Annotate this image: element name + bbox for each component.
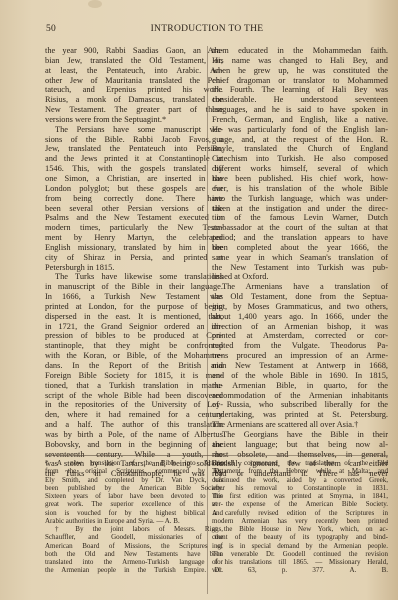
text-line: them educated in the Mohammedan faith. xyxy=(212,46,388,56)
text-line: The Armenians have a translation of xyxy=(212,282,388,292)
text-line: New Testament. The greater part of these xyxy=(45,105,223,115)
text-line: Jew, translated the Pentateuch into Pers… xyxy=(45,144,223,154)
text-line: Risius, a monk of Damascus, translated t… xyxy=(45,95,223,105)
text-line: of Russia, who subscribed liberally for … xyxy=(212,400,388,410)
text-line: chief dragoman or translator to Mohammed xyxy=(212,76,388,86)
text-line: accommodation of the Armenian inhabitant… xyxy=(212,391,388,401)
text-line: Foreign Bible Society for 1815, it is me… xyxy=(45,371,223,381)
text-line: translated into the Armeno-Turkish langu… xyxy=(45,558,223,566)
text-line: other Jew of Mauritania translated the P… xyxy=(45,76,223,86)
text-line: guage, and, at the request of the Hon. R… xyxy=(212,135,388,145)
text-line: about 1,400 years ago. In 1666, under th… xyxy=(212,312,388,322)
footnote-rule-right xyxy=(212,455,388,456)
text-line: † By the joint labors of Messrs. Riggs, xyxy=(45,525,223,533)
text-line: after his removal to Constantinople in 1… xyxy=(212,484,388,492)
text-line: tion of the famous Levin Warner, Dutch xyxy=(212,213,388,223)
text-line: bian Jew, translated the Old Testament, … xyxy=(45,56,223,66)
footnotes-right: Goodell commenced the translation of the… xyxy=(212,459,388,575)
text-line: The Turks have likewise some translation… xyxy=(45,272,223,282)
text-line: In 1666, a Turkish New Testament was xyxy=(45,292,223,302)
text-line: French, German, and English, like a nati… xyxy=(212,115,388,125)
text-line: period; and the translation appears to h… xyxy=(212,233,388,243)
page-header: 50 INTRODUCTION TO THE xyxy=(46,24,368,38)
text-line: in 1721, the Grand Seignior ordered an i… xyxy=(45,322,223,332)
text-line: the Old Testament, done from the Septua- xyxy=(212,292,388,302)
text-line: ment by Henry Martyn, the celebrated xyxy=(45,233,223,243)
text-line: lished at Oxford. xyxy=(212,272,388,282)
text-line: pression of bibles to be produced at Con… xyxy=(45,331,223,341)
text-line: He was particularly fond of the English … xyxy=(212,125,388,135)
running-title: INTRODUCTION TO THE xyxy=(46,24,368,34)
text-line: have been published. His chief work, how… xyxy=(212,174,388,184)
text-line: different works himself, several of whic… xyxy=(212,164,388,174)
text-line: Boyle, translated the Church of England xyxy=(212,144,388,154)
text-line: printed at Amsterdam, corrected or cor- xyxy=(212,331,388,341)
text-line: city of Shiraz in Persia, and printed at xyxy=(45,253,223,263)
text-line: at the expense of the American Bible Soc… xyxy=(212,500,388,508)
text-line: Schauffler, and Goodell, missionaries of… xyxy=(45,533,223,541)
text-line: 1546. This, with the gospels translated … xyxy=(45,164,223,174)
text-line: great work. The superior excellence of t… xyxy=(45,500,223,508)
text-line: gint, by Moses Grammaticus, and two othe… xyxy=(212,302,388,312)
text-line: continued the work, aided by a converted… xyxy=(212,476,388,484)
text-line: the New Testament into Turkish was pub- xyxy=(212,263,388,273)
text-line: stantinople, that they might be confront… xyxy=(45,341,223,351)
text-line: modern Armenian has very recently been p… xyxy=(212,517,388,525)
text-line: one Simon, a Christian, are inserted in … xyxy=(45,174,223,184)
text-line: The Georgians have the Bible in their xyxy=(212,430,388,440)
text-line: languages, and he is said to have spoken… xyxy=(212,105,388,115)
text-line: at the Bible House in New York, which, o… xyxy=(212,525,388,533)
text-line: in the repositories of the University of… xyxy=(45,400,223,410)
text-line: and a half. The author of this translati… xyxy=(45,420,223,430)
text-line: direction of an Armenian bishop, it was xyxy=(212,322,388,332)
text-line: been published by the American Bible Soc… xyxy=(45,484,223,492)
text-line: The Persians have some manuscript ver- xyxy=(45,125,223,135)
text-line: ing, is in special demand by the Armenia… xyxy=(212,542,388,550)
text-line: Sixteen years of labor have been devoted… xyxy=(45,492,223,500)
left-text-column: the year 900, Rabbi Saadias Gaon, an Ara… xyxy=(45,46,223,479)
text-line: was by birth a Pole, of the name of Albe… xyxy=(45,430,223,440)
text-line: in manuscript of the Bible in their lang… xyxy=(45,282,223,292)
text-line: into the Turkish language, which was und… xyxy=(212,194,388,204)
text-line: His name was changed to Hali Bey, and xyxy=(212,56,388,66)
text-line: Goodell commenced the translation of the… xyxy=(212,459,388,467)
text-line: from the original Scriptures, commenced … xyxy=(45,467,223,475)
text-line: undertaking, was printed at St. Petersbu… xyxy=(212,410,388,420)
text-line: been completed about the year 1666, the xyxy=(212,243,388,253)
text-line: been several other Persian versions of t… xyxy=(45,204,223,214)
text-line: Catechism into Turkish. He also composed xyxy=(212,154,388,164)
text-line: modern times, particularly the New Testa… xyxy=(45,223,223,233)
text-line: A carefully revised edition of the Scrip… xyxy=(212,509,388,517)
text-line: trens procured an impression of an Arme- xyxy=(212,351,388,361)
text-line: sion is vouched for by the highest bibli… xyxy=(45,509,223,517)
text-line: American Board of Missions, the Scriptur… xyxy=(45,542,223,550)
text-line: The venerable Dr. Goodell continued the … xyxy=(212,550,388,558)
text-line: tioned, that a Turkish translation in ma… xyxy=(45,381,223,391)
text-line: with the Koran, or Bible, of the Mohamme… xyxy=(45,351,223,361)
text-line: tateuch, and Erpenius printed his work. xyxy=(45,85,223,95)
book-page: 50 INTRODUCTION TO THE the year 900, Rab… xyxy=(0,0,398,600)
text-line: the Armenian Bible, in quarto, for the xyxy=(212,381,388,391)
text-line: the Fourth. The learning of Hali Bey was xyxy=(212,85,388,95)
text-line: The Armenians are scattered all over Asi… xyxy=(212,420,388,430)
text-line: versions were from the Septuagint.* xyxy=(45,115,223,125)
text-line: same year in which Seaman's translation … xyxy=(212,253,388,263)
text-line: at least, the Pentateuch, into Arabic. A… xyxy=(45,66,223,76)
text-line: when he grew up, he was constituted the xyxy=(212,66,388,76)
text-line: Petersburgh in 1815. xyxy=(45,263,223,273)
text-line: * A new translation of the Bible into Ar… xyxy=(45,459,223,467)
text-line: from being correctly done. There have xyxy=(45,194,223,204)
text-line: Testament from the Hebrew while at Malta… xyxy=(212,467,388,475)
right-text-column: them educated in the Mohammedan faith.Hi… xyxy=(212,46,388,479)
text-line: both the Old and New Testaments have bee… xyxy=(45,550,223,558)
text-line: rupted from the Vulgate. Theodorus Pa- xyxy=(212,341,388,351)
text-line: den, where it had remained for a century xyxy=(45,410,223,420)
text-line: script of the whole Bible had been disco… xyxy=(45,391,223,401)
text-line: and the Jews printed it at Constantinopl… xyxy=(45,154,223,164)
text-line: Arabic authorities in Europe and Syria. … xyxy=(45,517,223,525)
text-line: printed at London, for the purpose of be… xyxy=(45,302,223,312)
text-line: The first edition was printed at Smyrna,… xyxy=(212,492,388,500)
text-line: Bobovsky, and born in the beginning of t… xyxy=(45,440,223,450)
text-line: nian New Testament at Antwerp in 1668, xyxy=(212,361,388,371)
text-line: count of the beauty of its typography an… xyxy=(212,533,388,541)
footnote-rule-left xyxy=(45,455,215,456)
text-line: ancient language; but that being now al- xyxy=(212,440,388,450)
text-line: the year 900, Rabbi Saadias Gaon, an Ara… xyxy=(45,46,223,56)
text-line: the Armenian people in the Turkish Empir… xyxy=(45,566,223,574)
text-line: sions of the Bible. Rabbi Jacob Favos, a xyxy=(45,135,223,145)
text-line: and of the whole Bible in 1690. In 1815, xyxy=(212,371,388,381)
text-line: London polyglot; but these gospels are f… xyxy=(45,184,223,194)
footnotes-left: * A new translation of the Bible into Ar… xyxy=(45,459,223,575)
text-line: English missionary, translated by him in… xyxy=(45,243,223,253)
text-line: Ely Smith, and completed by Dr. Van Dyck… xyxy=(45,476,223,484)
text-line: ambassador at the court of the sultan at… xyxy=(212,223,388,233)
text-line: considerable. He understood seventeen xyxy=(212,95,388,105)
text-line: dans. In the Report of the British and xyxy=(45,361,223,371)
text-line: dispersed in the east. It is mentioned, … xyxy=(45,312,223,322)
text-line: vol. 63, p. 377. A. B. xyxy=(212,566,388,574)
text-line: taken at the instigation and under the d… xyxy=(212,204,388,214)
text-line: Psalms and the New Testament executed in xyxy=(45,213,223,223)
page-stain xyxy=(88,0,102,8)
text-line: of his translations till 1865. — Mission… xyxy=(212,558,388,566)
text-line: ever, is his translation of the whole Bi… xyxy=(212,184,388,194)
